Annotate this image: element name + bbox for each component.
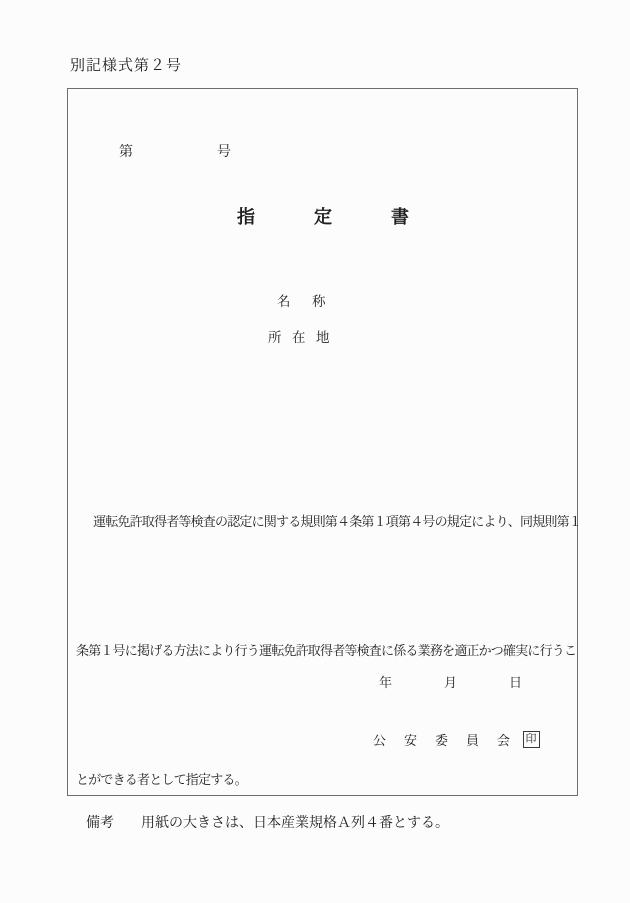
remarks-text: 用紙の大きさは、日本産業規格Ａ列４番とする。 (141, 816, 449, 831)
document-number-suffix: 号 (217, 145, 231, 160)
issuer-name: 公 安 委 員 会 (373, 730, 513, 749)
body-paragraph-line: とができる者として指定する。 (76, 758, 574, 801)
body-paragraph-line: 運転免許取得者等検査の認定に関する規則第４条第１項第４号の規定により、同規則第１ (76, 500, 574, 543)
form-reference-label: 別記様式第２号 (70, 54, 182, 75)
body-paragraph-line: 条第１号に掲げる方法により行う運転免許取得者等検査に係る業務を適正かつ確実に行う… (76, 629, 574, 672)
document-number-line: 第号 (98, 125, 231, 177)
document-page: 別記様式第２号 第号 指 定 書 名 称 所在地 運転免許取得者等検査の認定に関… (0, 0, 630, 903)
date-line: 年 月 日 (379, 672, 522, 691)
field-address-label: 所在地 (268, 326, 340, 346)
document-number-blank (133, 155, 217, 156)
remarks-label: 備考 (86, 816, 114, 831)
issuer-signature-line: 公 安 委 員 会 印 (373, 730, 540, 749)
seal-mark: 印 (523, 731, 540, 748)
remarks-note: 備考用紙の大きさは、日本産業規格Ａ列４番とする。 (72, 796, 449, 848)
document-number-prefix: 第 (119, 145, 133, 160)
document-title: 指 定 書 (237, 203, 430, 229)
field-name-label: 名 称 (277, 290, 330, 310)
document-frame: 第号 指 定 書 名 称 所在地 運転免許取得者等検査の認定に関する規則第４条第… (67, 88, 578, 796)
